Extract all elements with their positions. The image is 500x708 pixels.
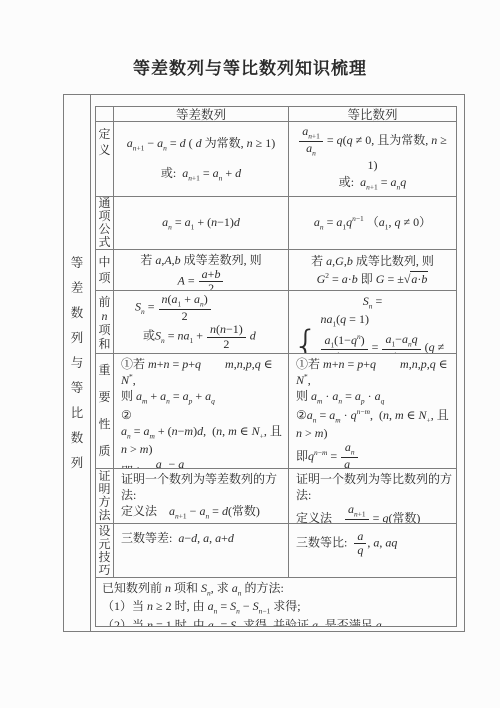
row-label-middle-term: 中项 — [96, 250, 114, 291]
row-label-sum: 前n项和 — [96, 291, 114, 354]
note-line: （2）当 n = 1 时, 由 a1 = S1 求得, 并验证 a1 是否满足 … — [102, 617, 450, 626]
formula-line: G2 = a·b 即 G = ±√a·b — [317, 271, 429, 287]
cell-geom-general-term: an = a1qn−1 （a1, q ≠ 0） — [289, 197, 456, 250]
inner-table: 等差数列 等比数列 定义 an+1 − an = d ( d 为常数, n ≥ … — [95, 106, 457, 627]
formula-line: 若 a,G,b 成等比数列, 则 — [311, 253, 434, 269]
formula-line: 则 am · an = ap · aq — [296, 388, 384, 406]
formula-line: an+1an = q(q ≠ 0, 且为常数, n ≥ 1) — [293, 125, 452, 173]
formula-line: ①若 m+n = p+q m,n,p,q ∈ N*, — [296, 356, 452, 388]
row-label-general-term: 通项公式 — [96, 197, 114, 250]
formula-line: Sn = n(a1 + an)2 — [121, 293, 212, 323]
row-label-substitution: 设元技巧 — [96, 524, 114, 578]
formula-line: an = a1 + (n−1)d — [162, 214, 240, 232]
formula-line: ② — [121, 407, 132, 423]
formula-line: ②an = am · qn−m, (n, m ∈ N+, 且n > m) — [296, 407, 452, 442]
cell-geom-proof-method: 证明一个数列为等比数列的方法: 定义法 an+1an = q(常数) — [289, 469, 456, 524]
side-label: 等差数列与等比数列 — [70, 251, 84, 476]
formula-line: ①若 m+n = p+q m,n,p,q ∈ N*, — [121, 356, 284, 388]
formula-line: 若 a,A,b 成等差数列, 则 — [140, 252, 261, 268]
formula-line: 证明一个数列为等比数列的方法: — [296, 471, 452, 503]
cell-geom-middle-term: 若 a,G,b 成等比数列, 则 G2 = a·b 即 G = ±√a·b — [289, 250, 456, 291]
header-geometric: 等比数列 — [289, 107, 456, 122]
note-line: 已知数列前 n 项和 Sn, 求 an 的方法: — [102, 580, 450, 598]
row-label-properties: 重要性质 — [96, 354, 114, 469]
cell-arith-substitution: 三数等差: a−d, a, a+d — [114, 524, 289, 578]
cell-geom-definition: an+1an = q(q ≠ 0, 且为常数, n ≥ 1) 或: an+1 =… — [289, 122, 456, 197]
cell-geom-sum: Sn = {na1(q = 1)a1(1−qn)1−q = a1−anq1−q … — [289, 291, 456, 354]
note-section: 已知数列前 n 项和 Sn, 求 an 的方法: （1）当 n ≥ 2 时, 由… — [96, 578, 456, 626]
note-line: （1）当 n ≥ 2 时, 由 an = Sn − Sn−1 求得; — [102, 598, 450, 616]
cell-arith-sum: Sn = n(a1 + an)2 或Sn = na1 + n(n−1)2 d — [114, 291, 289, 354]
formula-line: an = am + (n−m)d, (n, m ∈ N+, 且n > m) — [121, 423, 284, 458]
formula-line: 或: an+1 = anq — [339, 174, 406, 192]
formula-line: 或: an+1 = an + d — [161, 165, 241, 183]
formula-line: A = a+b2 — [178, 268, 225, 291]
formula-line: Sn = {na1(q = 1)a1(1−qn)1−q = a1−anq1−q … — [293, 293, 452, 354]
formula-line: 定义法 an+1 − an = d(常数) — [121, 503, 260, 521]
formula-line: 三数等差: a−d, a, a+d — [121, 530, 234, 546]
cell-arith-proof-method: 证明一个数列为等差数列的方法: 定义法 an+1 − an = d(常数) — [114, 469, 289, 524]
doc-title: 等差数列与等比数列知识梳理 — [0, 54, 500, 79]
cell-arith-general-term: an = a1 + (n−1)d — [114, 197, 289, 250]
formula-line: 三数等比: aq, a, aq — [296, 530, 397, 557]
corner-cell — [96, 107, 114, 122]
formula-line: an = a1qn−1 （a1, q ≠ 0） — [314, 214, 431, 232]
cell-arith-definition: an+1 − an = d ( d 为常数, n ≥ 1) 或: an+1 = … — [114, 122, 289, 197]
formula-line: 即qn−m = anam — [296, 441, 359, 469]
cell-arith-properties: ①若 m+n = p+q m,n,p,q ∈ N*, 则 am + an = a… — [114, 354, 289, 469]
cell-geom-properties: ①若 m+n = p+q m,n,p,q ∈ N*, 则 am · an = a… — [289, 354, 456, 469]
document-page: 等差数列与等比数列知识梳理 等差数列与等比数列 等差数列 等比数列 定义 an+… — [0, 0, 500, 708]
cell-arith-middle-term: 若 a,A,b 成等差数列, 则 A = a+b2 — [114, 250, 289, 291]
side-label-column: 等差数列与等比数列 — [64, 95, 91, 631]
header-arithmetic: 等差数列 — [114, 107, 289, 122]
cell-geom-substitution: 三数等比: aq, a, aq — [289, 524, 456, 578]
formula-line: 证明一个数列为等差数列的方法: — [121, 471, 284, 503]
formula-line: 定义法 an+1an = q(常数) — [296, 503, 420, 524]
formula-line: 则 am + an = ap + aq — [121, 388, 215, 406]
formula-line: 或Sn = na1 + n(n−1)2 d — [121, 323, 256, 350]
knowledge-table: 等差数列与等比数列 等差数列 等比数列 定义 an+1 − an = d ( d… — [63, 94, 465, 632]
row-label-definition: 定义 — [96, 122, 114, 197]
row-label-proof-method: 证明方法 — [96, 469, 114, 524]
formula-line: an+1 − an = d ( d 为常数, n ≥ 1) — [127, 135, 276, 153]
formula-line: 即d = an − amn−m — [121, 458, 194, 469]
